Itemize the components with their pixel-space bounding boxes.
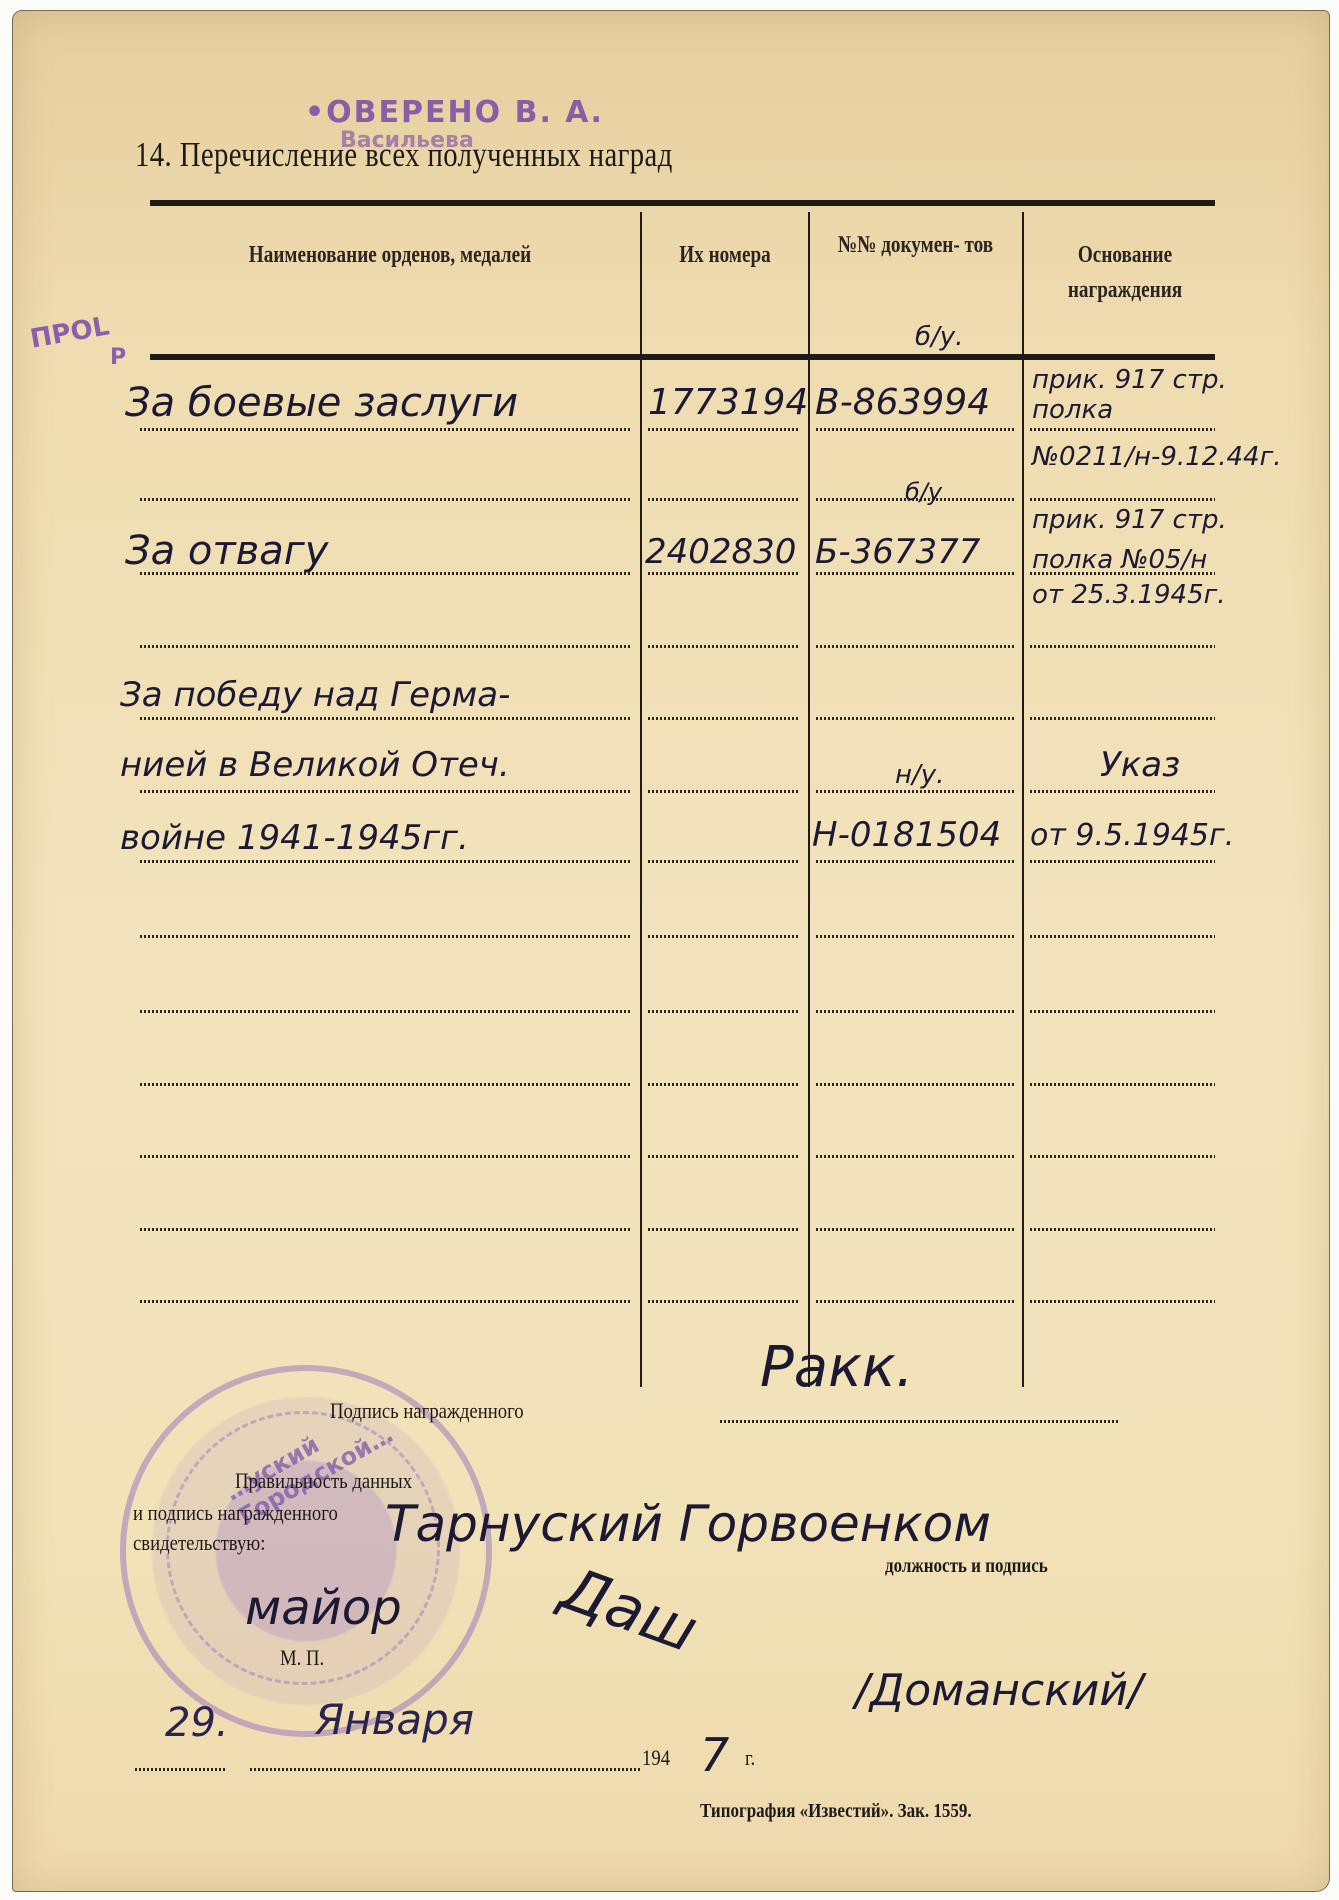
row-rule: [648, 790, 800, 793]
row-rule: [140, 1155, 630, 1158]
row-rule: [816, 645, 1014, 648]
row-rule: [648, 860, 800, 863]
row-rule: [140, 1083, 630, 1086]
row3-doc: Н-0181504: [812, 815, 1001, 855]
row1-basis-3: №0211/н-9.12.44г.: [1032, 442, 1282, 472]
row2-basis-2: полка №05/н: [1032, 545, 1207, 575]
seal-place-label: М. П.: [280, 1645, 324, 1671]
row-rule: [648, 498, 800, 501]
row-rule: [816, 428, 1014, 431]
row-rule: [816, 572, 1014, 575]
date-month: Января: [315, 1695, 474, 1744]
row-rule: [140, 498, 630, 501]
row3-award-name-3: войне 1941-1945гг.: [120, 818, 469, 858]
date-day: 29.: [165, 1700, 229, 1746]
row-rule: [816, 1083, 1014, 1086]
row3-basis-2: от 9.5.1945г.: [1030, 818, 1234, 853]
row-rule: [648, 572, 800, 575]
row2-basis-1: прик. 917 стр.: [1032, 505, 1227, 535]
row-rule: [1030, 1155, 1215, 1158]
row-rule: [648, 645, 800, 648]
column-divider: [640, 212, 642, 1387]
row-rule: [816, 860, 1014, 863]
row-rule: [648, 1083, 800, 1086]
row-rule: [140, 1228, 630, 1231]
row-rule: [1030, 860, 1215, 863]
position-signature-label: должность и подпись: [885, 1555, 1048, 1578]
row1-basis-1: прик. 917 стр.: [1032, 365, 1227, 395]
row-rule: [1030, 1300, 1215, 1303]
row-rule: [140, 790, 630, 793]
section-title: 14. Перечисление всех полученных наград: [135, 135, 673, 175]
row-rule: [140, 860, 630, 863]
row2-doc: Б-367377: [815, 532, 980, 572]
row-rule: [1030, 428, 1215, 431]
header-numbers: Их номера: [665, 238, 785, 273]
row-rule: [140, 428, 630, 431]
row3-award-name-2: нией в Великой Отеч.: [120, 745, 510, 785]
row-rule: [648, 717, 800, 720]
row-rule: [648, 1010, 800, 1013]
row-rule: [140, 717, 630, 720]
header-annotation: б/у.: [915, 322, 963, 352]
row-rule: [816, 1155, 1014, 1158]
date-year-digit: 7: [700, 1728, 729, 1782]
side-stamp-sub: Р: [110, 345, 126, 370]
row1-number: 1773194: [648, 382, 808, 423]
recipient-signature-line: [720, 1420, 1120, 1423]
row-rule: [1030, 717, 1215, 720]
table-top-rule: [150, 200, 1215, 206]
officer-name: /Доманский/: [855, 1665, 1143, 1716]
row-rule: [1030, 498, 1215, 501]
certify-label-3: свидетельствую:: [133, 1530, 265, 1556]
row-rule: [140, 1010, 630, 1013]
row-rule: [816, 717, 1014, 720]
row3-basis-1: Указ: [1100, 745, 1180, 785]
rank-handwriting: майор: [245, 1580, 402, 1636]
date-day-line: [135, 1768, 225, 1771]
row3-award-name-1: За победу над Герма-: [120, 675, 510, 715]
date-month-line: [250, 1768, 640, 1771]
row-rule: [816, 1300, 1014, 1303]
row-rule: [648, 428, 800, 431]
row2-award-name: За отвагу: [125, 528, 328, 574]
header-award-name: Наименование орденов, медалей: [198, 238, 582, 273]
row-rule: [1030, 1083, 1215, 1086]
row-rule: [816, 1228, 1014, 1231]
row-rule: [140, 1300, 630, 1303]
printer-imprint: Типография «Известий». Зак. 1559.: [700, 1800, 972, 1823]
date-year-suffix: г.: [745, 1745, 755, 1771]
recipient-signature: Ракк.: [760, 1335, 914, 1400]
row-rule: [816, 935, 1014, 938]
row-rule: [648, 935, 800, 938]
certify-label-1: Правильность данных: [235, 1468, 412, 1494]
row1-doc: В-863994: [815, 382, 990, 423]
certify-label-2: и подпись награжденного: [133, 1500, 338, 1526]
row-rule: [1030, 935, 1215, 938]
row-rule: [1030, 645, 1215, 648]
row-rule: [1030, 790, 1215, 793]
row1-award-name: За боевые заслуги: [125, 380, 518, 426]
verified-stamp: •ОВЕРЕНО В. А.: [305, 95, 604, 130]
header-documents: №№ докумен- тов: [838, 228, 994, 263]
row2-doc-note: б/у: [905, 478, 942, 506]
row3-doc-note: н/у.: [895, 760, 944, 790]
certifier-position-handwriting: Тарнуский Горвоенком: [385, 1495, 991, 1553]
row-rule: [648, 1155, 800, 1158]
row-rule: [816, 1010, 1014, 1013]
column-divider: [1022, 212, 1024, 1387]
row-rule: [648, 1300, 800, 1303]
table-header-rule: [150, 354, 1215, 360]
row-rule: [1030, 1010, 1215, 1013]
row1-basis-2: полка: [1032, 395, 1113, 425]
row2-number: 2402830: [645, 532, 796, 572]
row-rule: [140, 935, 630, 938]
row-rule: [1030, 1228, 1215, 1231]
row2-basis-3: от 25.3.1945г.: [1032, 580, 1226, 610]
header-basis: Основание награждения: [1049, 238, 1201, 308]
recipient-signature-label: Подпись награжденного: [330, 1398, 524, 1424]
row-rule: [140, 645, 630, 648]
date-year-prefix: 194: [642, 1745, 670, 1771]
row-rule: [648, 1228, 800, 1231]
row-rule: [816, 790, 1014, 793]
